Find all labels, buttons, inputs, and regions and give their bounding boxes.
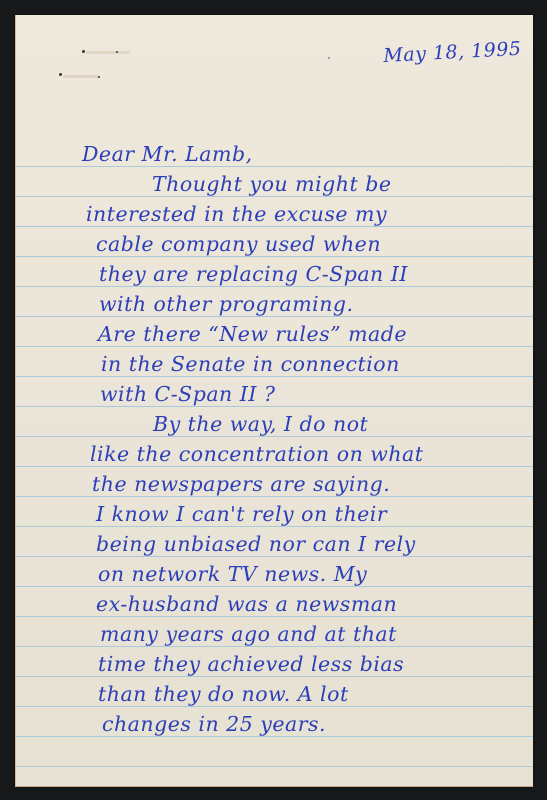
letter-line: on network TV news. My [98, 559, 367, 589]
letter-line: By the way, I do not [153, 409, 368, 439]
letter-line: ex-husband was a newsman [96, 589, 397, 619]
letter-line: in the Senate in connection [101, 349, 400, 379]
letter-line: the newspapers are saying. [92, 469, 390, 499]
letter-line: with C-Span II ? [100, 379, 275, 409]
pencil-mark [116, 51, 118, 53]
letter-line: Thought you might be [152, 169, 391, 199]
smudge-mark [86, 51, 130, 54]
letter-line: than they do now. A lot [98, 679, 349, 709]
letter-line: being unbiased nor can I rely [96, 529, 416, 559]
letter-line: changes in 25 years. [102, 709, 326, 739]
letter-date: May 18, 1995 [383, 38, 522, 67]
pencil-mark [328, 57, 330, 59]
letter-line: Are there “New rules” made [98, 319, 407, 349]
smudge-mark [63, 75, 99, 78]
letter-line: I know I can't rely on their [96, 499, 387, 529]
letter-line: they are replacing C-Span II [99, 259, 408, 289]
pencil-mark [98, 76, 100, 78]
letter-line: many years ago and at that [100, 619, 397, 649]
letter-line: with other programing. [99, 289, 354, 319]
salutation: Dear Mr. Lamb, [82, 139, 253, 169]
letter-line: like the concentration on what [90, 439, 424, 469]
ruled-line [16, 766, 533, 767]
letter-paper: May 18, 1995 Dear Mr. Lamb, Thought you … [15, 15, 533, 787]
letter-line: time they achieved less bias [98, 649, 404, 679]
pencil-mark [59, 73, 62, 76]
pencil-mark [82, 50, 85, 53]
letter-line: cable company used when [96, 229, 381, 259]
letter-line: interested in the excuse my [86, 199, 387, 229]
